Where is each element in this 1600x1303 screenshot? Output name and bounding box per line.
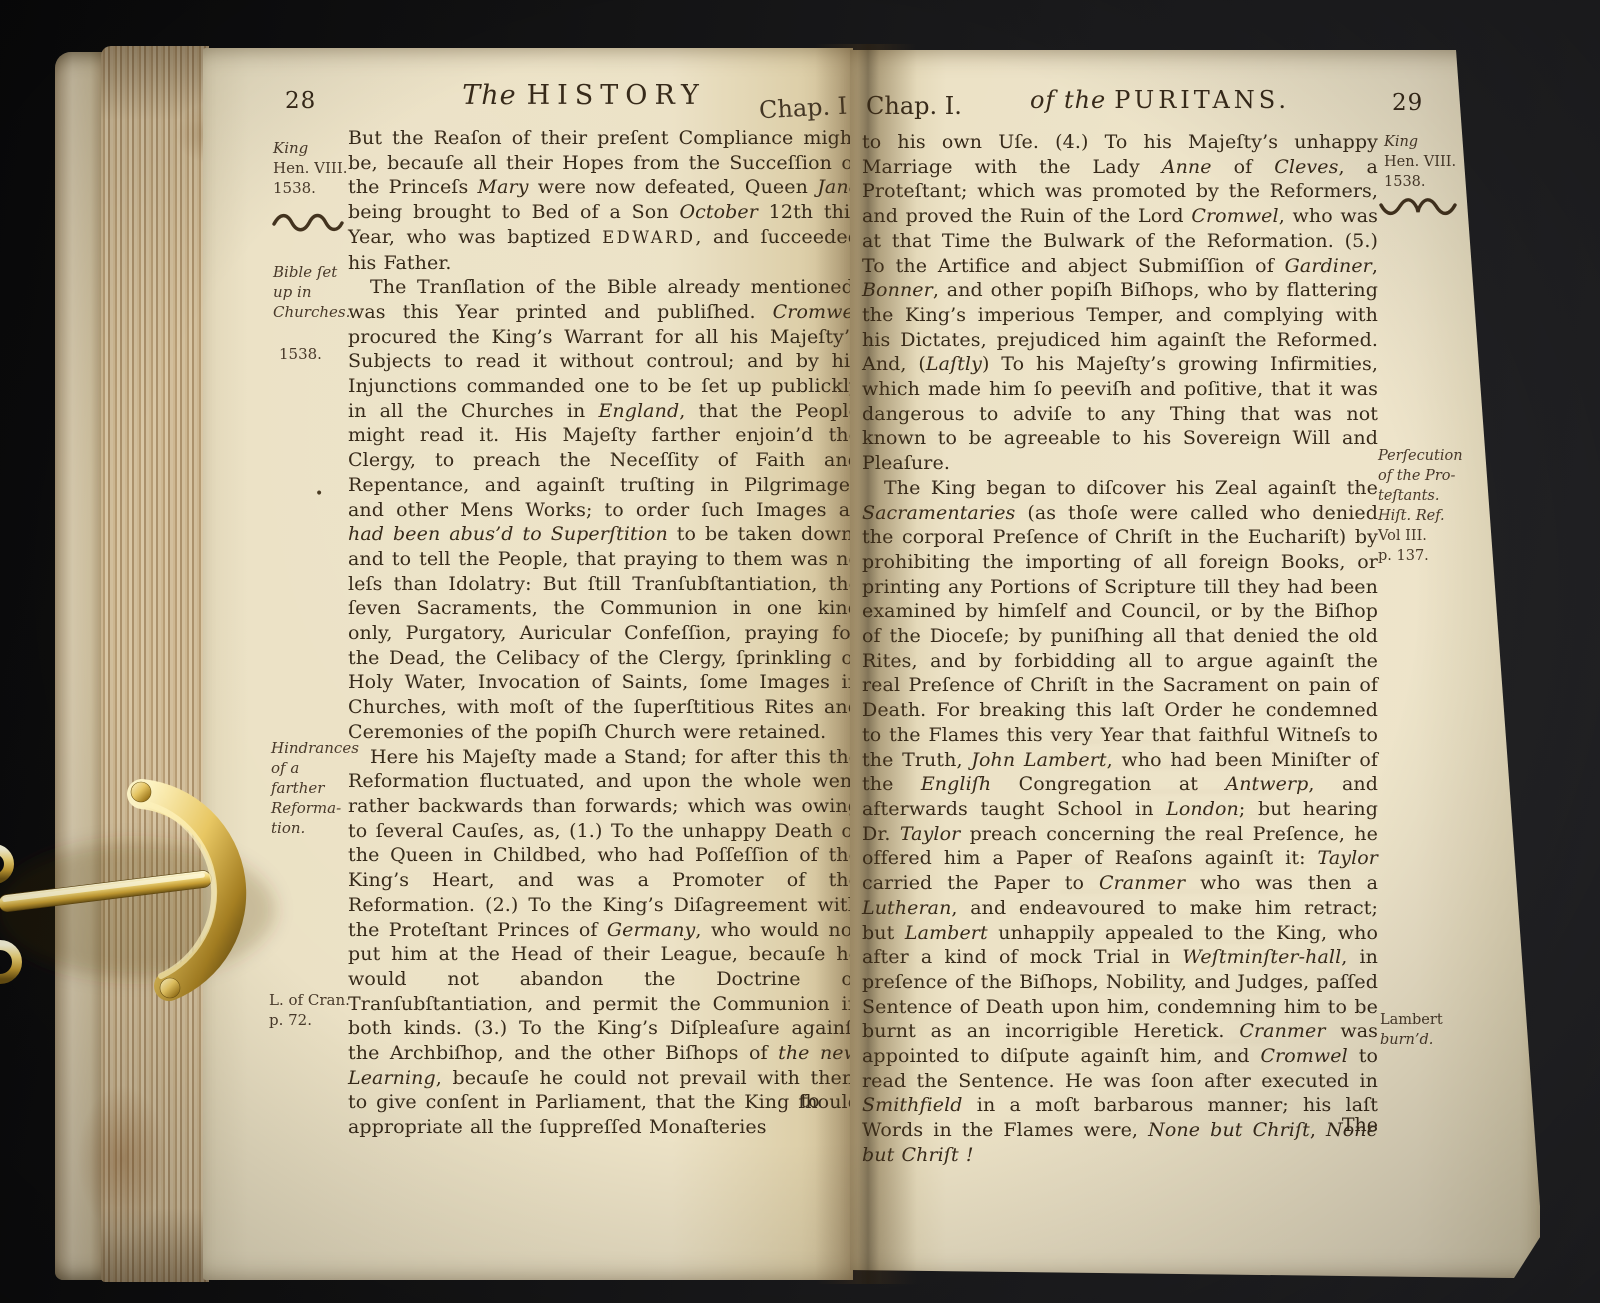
clasp-ring	[0, 945, 17, 979]
photo-stage: 28 TheHISTORY Chap. I KingHen. VIII.1538…	[0, 0, 1600, 1303]
margin-note-lambert-burnd: Lambertburn’d.	[1380, 1010, 1466, 1050]
running-title-history: HISTORY	[527, 80, 706, 111]
clasp-fluke-tip	[131, 782, 151, 802]
gold-anchor-page-clasp-icon	[0, 770, 300, 1020]
margin-ink-dot: •	[315, 486, 323, 502]
book-cover-edge	[55, 52, 105, 1280]
clasp-ring	[0, 849, 9, 879]
paragraph: The Tranſlation of the Bible already men…	[348, 275, 860, 744]
body-text-left: But the Reaſon of their preſent Complian…	[348, 126, 860, 1140]
running-title-puritans: PURITANS.	[1114, 86, 1290, 114]
catchword-right: The	[1278, 1114, 1378, 1136]
open-antique-book: 28 TheHISTORY Chap. I KingHen. VIII.1538…	[55, 44, 1540, 1284]
page-number-left: 28	[285, 88, 316, 114]
running-title-right: of thePURITANS.	[1010, 86, 1310, 114]
body-text-right: to his own Uſe. (4.) To his Majeſty’s un…	[862, 130, 1378, 1168]
page-number-right: 29	[1392, 90, 1423, 116]
catchword-left: to	[760, 1090, 860, 1112]
date-underline-squiggle	[271, 211, 345, 235]
margin-note-king-hen-viii: KingHen. VIII.1538.	[273, 138, 353, 198]
chapter-label-left: Chap. I	[758, 92, 848, 125]
paragraph: But the Reaſon of their preſent Complian…	[348, 126, 860, 275]
running-title-of-the: of the	[1030, 86, 1106, 114]
right-page: Chap. I. of thePURITANS. 29 KingHen. VII…	[850, 50, 1540, 1278]
fore-edge-page-stack	[101, 46, 209, 1282]
date-underline-squiggle	[1378, 196, 1458, 222]
running-title-left: TheHISTORY	[429, 80, 739, 111]
left-page: 28 TheHISTORY Chap. I KingHen. VIII.1538…	[203, 48, 853, 1280]
margin-note-bible-set-up: Bible ſetup inChurches.	[273, 262, 355, 322]
clasp-fluke-tip	[160, 978, 180, 998]
paragraph: The King began to diſcover his Zeal agai…	[862, 476, 1378, 1168]
margin-note-persecution: Perſecutionof the Pro-teſtants.Hiſt. Ref…	[1378, 446, 1466, 566]
margin-note-king-hen-viii: KingHen. VIII.1538.	[1384, 132, 1468, 192]
margin-note-1538: 1538.	[279, 344, 322, 364]
chapter-label-right: Chap. I.	[866, 92, 962, 120]
running-title-the: The	[462, 80, 516, 111]
paragraph: to his own Uſe. (4.) To his Majeſty’s un…	[862, 130, 1378, 476]
paragraph: Here his Majeſty made a Stand; for after…	[348, 745, 860, 1140]
